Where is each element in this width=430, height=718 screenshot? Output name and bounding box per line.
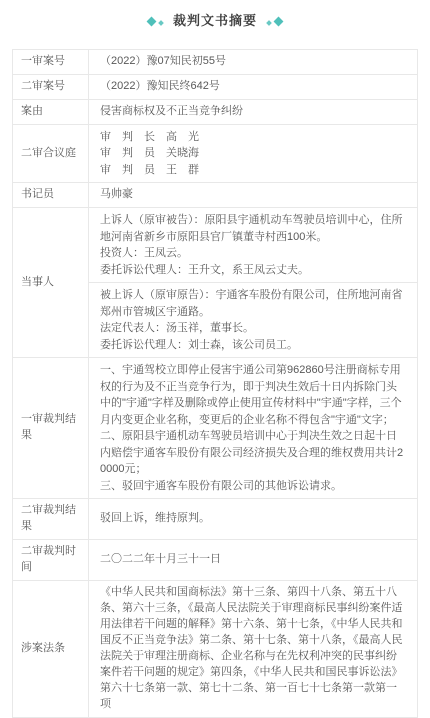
judgment-summary-table: 一审案号 （2022）豫07知民初55号 二审案号 （2022）豫知民终642号… — [12, 49, 418, 718]
diamond-ornament-right-icon — [267, 13, 282, 29]
first-instance-result-label: 一审裁判结果 — [13, 358, 89, 499]
table-row: 二审裁判结果 驳回上诉，维持原判。 — [13, 499, 418, 540]
judgment-item-3: 三、驳回宇通客车股份有限公司的其他诉讼请求。 — [100, 478, 407, 495]
legal-representative-line: 法定代表人：汤玉祥，董事长。 — [100, 320, 407, 337]
appellant-agent-line: 委托诉讼代理人：王升文，系王凤云丈夫。 — [100, 262, 407, 279]
collegial-panel-value: 审 判 长 高 光 审 判 员 关晓海 审 判 员 王 群 — [89, 124, 418, 183]
second-instance-date-value: 二〇二二年十月三十一日 — [89, 540, 418, 581]
appellant-party-cell: 上诉人（原审被告）：原阳县宇通机动车驾驶员培训中心，住所地河南省新乡市原阳县官厂… — [89, 208, 418, 283]
parties-label: 当事人 — [13, 208, 89, 358]
table-row: 一审案号 （2022）豫07知民初55号 — [13, 50, 418, 75]
collegial-panel-label: 二审合议庭 — [13, 124, 89, 183]
table-row: 当事人 上诉人（原审被告）：原阳县宇通机动车驾驶员培训中心，住所地河南省新乡市原… — [13, 208, 418, 283]
cause-of-action-value: 侵害商标权及不正当竞争纠纷 — [89, 99, 418, 124]
appellee-line: 被上诉人（原审原告）：宇通客车股份有限公司，住所地河南省郑州市管城区宇通路。 — [100, 287, 407, 320]
table-row: 二审案号 （2022）豫知民终642号 — [13, 74, 418, 99]
second-instance-date-label: 二审裁判时间 — [13, 540, 89, 581]
appellee-agent-line: 委托诉讼代理人：刘士森，该公司员工。 — [100, 337, 407, 354]
table-row: 案由 侵害商标权及不正当竞争纠纷 — [13, 99, 418, 124]
second-case-number-value: （2022）豫知民终642号 — [89, 74, 418, 99]
judge-line: 审 判 员 王 群 — [100, 162, 407, 179]
judgment-item-2: 二、原阳县宇通机动车驾驶员培训中心于判决生效之日起十日内赔偿宇通客车股份有限公司… — [100, 428, 407, 478]
first-instance-result-value: 一、宇通驾校立即停止侵害宇通公司第962860号注册商标专用权的行为及不正当竞争… — [89, 358, 418, 499]
second-instance-result-label: 二审裁判结果 — [13, 499, 89, 540]
page-title: 裁判文书摘要 — [173, 13, 257, 29]
table-row: 一审裁判结果 一、宇通驾校立即停止侵害宇通公司第962860号注册商标专用权的行… — [13, 358, 418, 499]
appellant-line: 上诉人（原审被告）：原阳县宇通机动车驾驶员培训中心，住所地河南省新乡市原阳县官厂… — [100, 212, 407, 245]
cause-of-action-label: 案由 — [13, 99, 89, 124]
first-case-number-value: （2022）豫07知民初55号 — [89, 50, 418, 75]
statutes-label: 涉案法条 — [13, 581, 89, 718]
appellee-party-cell: 被上诉人（原审原告）：宇通客车股份有限公司，住所地河南省郑州市管城区宇通路。 法… — [89, 283, 418, 358]
judge-line: 审 判 员 关晓海 — [100, 145, 407, 162]
investor-line: 投资人：王凤云。 — [100, 245, 407, 262]
statutes-value: 《中华人民共和国商标法》第十三条、第四十八条、第五十八条、第六十三条，《最高人民… — [89, 581, 418, 718]
table-row: 涉案法条 《中华人民共和国商标法》第十三条、第四十八条、第五十八条、第六十三条，… — [13, 581, 418, 718]
table-row: 二审合议庭 审 判 长 高 光 审 判 员 关晓海 审 判 员 王 群 — [13, 124, 418, 183]
second-case-number-label: 二审案号 — [13, 74, 89, 99]
page-header: 裁判文书摘要 — [0, 13, 430, 29]
presiding-judge-line: 审 判 长 高 光 — [100, 129, 407, 146]
second-instance-result-value: 驳回上诉，维持原判。 — [89, 499, 418, 540]
first-case-number-label: 一审案号 — [13, 50, 89, 75]
diamond-ornament-left-icon — [148, 13, 163, 29]
judgment-item-1: 一、宇通驾校立即停止侵害宇通公司第962860号注册商标专用权的行为及不正当竞争… — [100, 362, 407, 428]
clerk-label: 书记员 — [13, 183, 89, 208]
table-row: 书记员 马帅豪 — [13, 183, 418, 208]
clerk-value: 马帅豪 — [89, 183, 418, 208]
table-row: 二审裁判时间 二〇二二年十月三十一日 — [13, 540, 418, 581]
